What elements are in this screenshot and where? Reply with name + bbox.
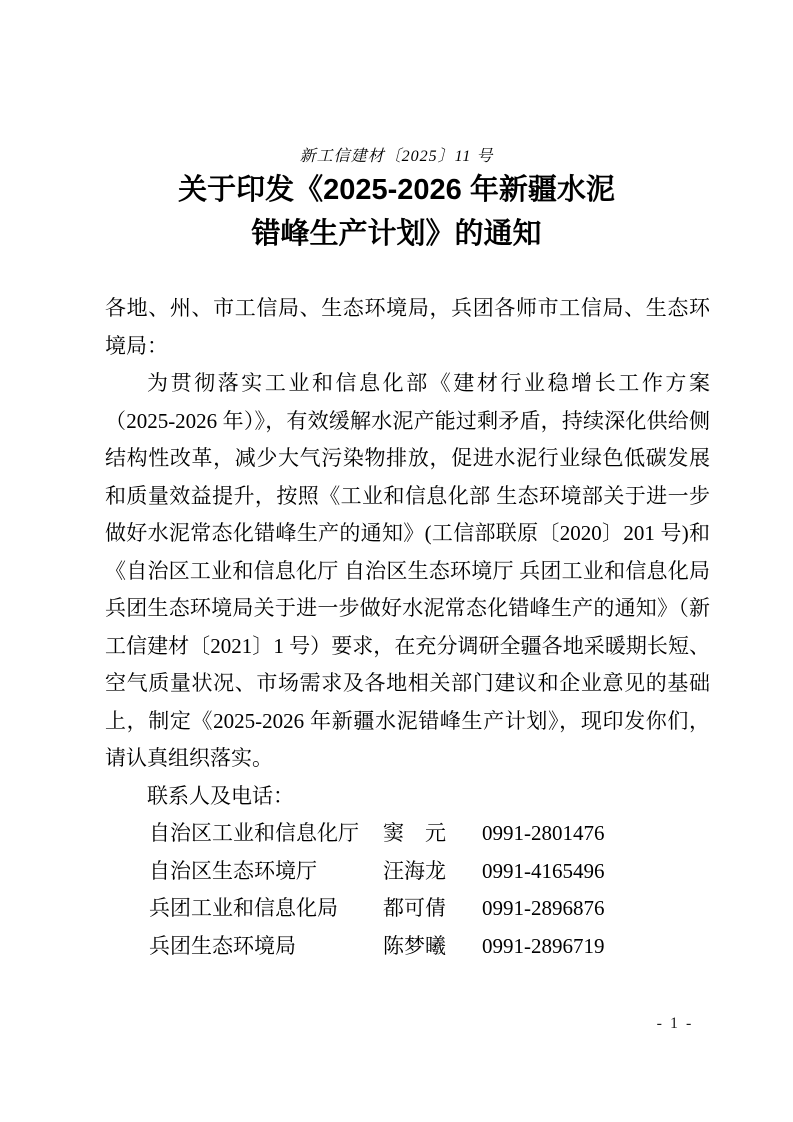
doc-title: 关于印发《2025-2026 年新疆水泥 错峰生产计划》的通知 (0, 168, 793, 256)
document-page: 新工信建材〔2025〕11 号 关于印发《2025-2026 年新疆水泥 错峰生… (0, 0, 793, 1122)
contact-person-name: 陈梦曦 (383, 928, 482, 966)
contact-phone: 0991-2896719 (482, 928, 710, 966)
contact-agency: 自治区工业和信息化厅 (149, 815, 383, 853)
contact-person-name: 窦 元 (383, 815, 482, 853)
doc-title-line1: 关于印发《2025-2026 年新疆水泥 (0, 168, 793, 212)
doc-body: 各地、州、市工信局、生态环境局，兵团各师市工信局、生态环境局： 为贯彻落实工业和… (105, 290, 710, 965)
contact-agency: 兵团工业和信息化局 (149, 890, 383, 928)
contact-row: 自治区生态环境厅 汪海龙 0991-4165496 (105, 853, 710, 891)
contact-person-name: 都可倩 (383, 890, 482, 928)
doc-number: 新工信建材〔2025〕11 号 (0, 146, 793, 168)
doc-title-line2: 错峰生产计划》的通知 (0, 212, 793, 256)
contact-agency: 自治区生态环境厅 (149, 853, 383, 891)
contact-row: 兵团工业和信息化局 都可倩 0991-2896876 (105, 890, 710, 928)
contact-person-name: 汪海龙 (383, 853, 482, 891)
contact-phone: 0991-4165496 (482, 853, 710, 891)
main-paragraph: 为贯彻落实工业和信息化部《建材行业稳增长工作方案（2025-2026 年）》，有… (105, 365, 710, 778)
contacts-label: 联系人及电话： (105, 778, 710, 816)
page-number: - 1 - (641, 1014, 709, 1034)
salutation: 各地、州、市工信局、生态环境局，兵团各师市工信局、生态环境局： (105, 290, 710, 365)
contact-phone: 0991-2896876 (482, 890, 710, 928)
contact-row: 兵团生态环境局 陈梦曦 0991-2896719 (105, 928, 710, 966)
contact-agency: 兵团生态环境局 (149, 928, 383, 966)
contact-row: 自治区工业和信息化厅 窦 元 0991-2801476 (105, 815, 710, 853)
contact-phone: 0991-2801476 (482, 815, 710, 853)
